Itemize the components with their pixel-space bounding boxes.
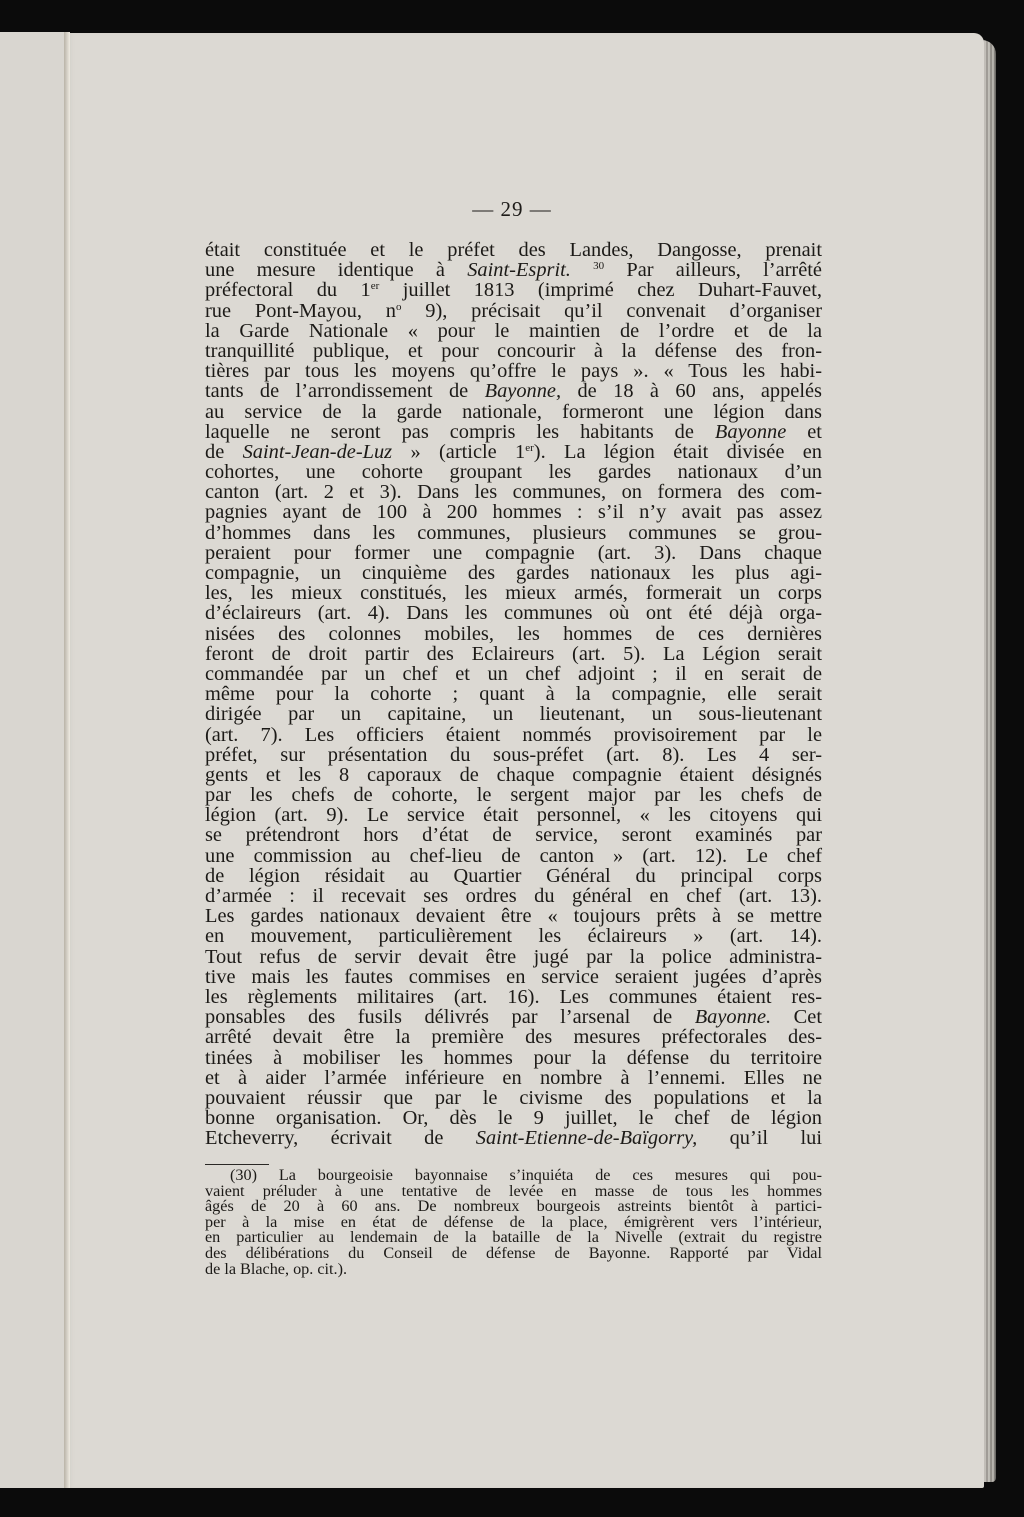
body-line: commandée par un chef et un chef adjoint… xyxy=(205,664,822,684)
footnote-line: de la Blache, op. cit.). xyxy=(205,1262,822,1278)
body-line: (art. 7). Les officiers étaient nommés p… xyxy=(205,725,822,745)
footnote-30: (30) La bourgeoisie bayonnaise s’inquiét… xyxy=(205,1168,822,1277)
body-line: préfectoral du 1er juillet 1813 (imprimé… xyxy=(205,280,822,300)
body-line: ponsables des fusils délivrés par l’arse… xyxy=(205,1007,822,1027)
body-line: les, les mieux constitués, les mieux arm… xyxy=(205,583,822,603)
left-page-edge xyxy=(0,32,65,1488)
body-line: légion (art. 9). Le service était person… xyxy=(205,805,822,825)
body-line: d’hommes dans les communes, plusieurs co… xyxy=(205,523,822,543)
body-line: tières par tous les moyens qu’offre le p… xyxy=(205,361,822,381)
body-line: peraient pour former une compagnie (art.… xyxy=(205,543,822,563)
body-line: compagnie, un cinquième des gardes natio… xyxy=(205,563,822,583)
body-line: rue Pont-Mayou, no 9), précisait qu’il c… xyxy=(205,301,822,321)
body-line: une mesure identique à Saint-Esprit. 30 … xyxy=(205,260,822,280)
body-line: en mouvement, particulièrement les éclai… xyxy=(205,926,822,946)
body-line: pagnies ayant de 100 à 200 hommes : s’il… xyxy=(205,502,822,522)
body-line: d’éclaireurs (art. 4). Dans les communes… xyxy=(205,603,822,623)
body-line: la Garde Nationale « pour le maintien de… xyxy=(205,321,822,341)
body-line: canton (art. 2 et 3). Dans les communes,… xyxy=(205,482,822,502)
body-line: gents et les 8 caporaux de chaque compag… xyxy=(205,765,822,785)
body-line: nisées des colonnes mobiles, les hommes … xyxy=(205,624,822,644)
body-line: était constituée et le préfet des Landes… xyxy=(205,240,822,260)
body-line: laquelle ne seront pas compris les habit… xyxy=(205,422,822,442)
body-line: d’armée : il recevait ses ordres du géné… xyxy=(205,886,822,906)
body-line: au service de la garde nationale, former… xyxy=(205,402,822,422)
body-line: et à aider l’armée inférieure en nombre … xyxy=(205,1068,822,1088)
body-line: bonne organisation. Or, dès le 9 juillet… xyxy=(205,1108,822,1128)
body-line: de Saint-Jean-de-Luz » (article 1er). La… xyxy=(205,442,822,462)
body-line: feront de droit partir des Eclaireurs (a… xyxy=(205,644,822,664)
page-number: — 29 — xyxy=(0,197,1024,222)
body-line: tranquillité publique, et pour concourir… xyxy=(205,341,822,361)
body-line: par les chefs de cohorte, le sergent maj… xyxy=(205,785,822,805)
body-line: même pour la cohorte ; quant à la compag… xyxy=(205,684,822,704)
body-line: tants de l’arrondissement de Bayonne, de… xyxy=(205,381,822,401)
body-line: arrêté devait être la première des mesur… xyxy=(205,1027,822,1047)
book-gutter xyxy=(64,32,70,1488)
body-line: pouvaient réussir que par le civisme des… xyxy=(205,1088,822,1108)
body-line: Tout refus de servir devait être jugé pa… xyxy=(205,947,822,967)
body-line: dirigée par un capitaine, un lieutenant,… xyxy=(205,704,822,724)
body-line: Les gardes nationaux devaient être « tou… xyxy=(205,906,822,926)
body-line: tinées à mobiliser les hommes pour la dé… xyxy=(205,1048,822,1068)
body-line: cohortes, une cohorte groupant les garde… xyxy=(205,462,822,482)
body-line: les règlements militaires (art. 16). Les… xyxy=(205,987,822,1007)
body-line: une commission au chef-lieu de canton » … xyxy=(205,846,822,866)
body-text: était constituée et le préfet des Landes… xyxy=(205,240,822,1148)
body-line: tive mais les fautes commises en service… xyxy=(205,967,822,987)
footnote-separator xyxy=(205,1164,269,1165)
body-line: se prétendront hors d’état de service, s… xyxy=(205,825,822,845)
body-line: Etcheverry, écrivait de Saint-Etienne-de… xyxy=(205,1128,822,1148)
body-line: de légion résidait au Quartier Général d… xyxy=(205,866,822,886)
body-line: préfet, sur présentation du sous-préfet … xyxy=(205,745,822,765)
